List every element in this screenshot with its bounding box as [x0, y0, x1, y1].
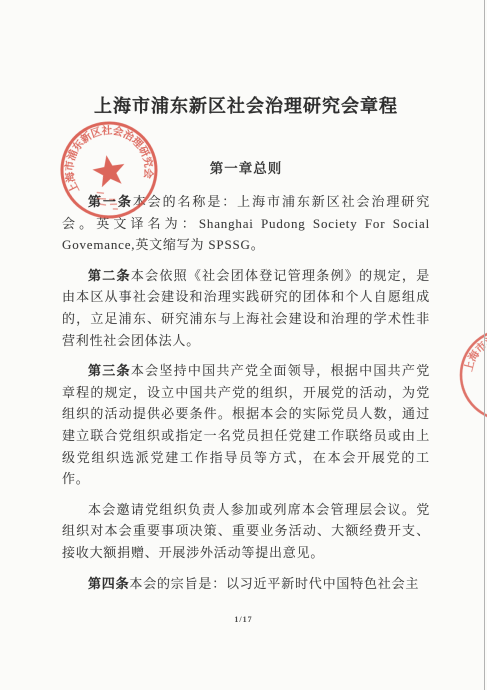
article-text: 本会的宗旨是：以习近平新时代中国特色社会主	[129, 576, 419, 591]
chapter-heading: 第一章总则	[62, 157, 430, 177]
article-text: 本会坚持中国共产党全面领导，根据中国共产党章程的规定，设立中国共产党的组织，开展…	[62, 363, 430, 486]
article-paragraph: 本会邀请党组织负责人参加或列席本会管理层会议。党组织对本会重要事项决策、重要业务…	[62, 499, 430, 564]
document-content: 上海市浦东新区社会治理研究会章程 第一章总则 第一条本会的名称是：上海市浦东新区…	[62, 0, 430, 594]
article-lead: 第一条	[88, 194, 133, 209]
article-paragraph: 第一条本会的名称是：上海市浦东新区社会治理研究会。英文译名为：Shanghai …	[62, 191, 430, 256]
article-lead: 第三条	[88, 363, 131, 378]
edge-seal-ring-text: 上海市浦东新区社会治理研究会	[447, 303, 487, 410]
article-lead: 第二条	[88, 268, 131, 283]
edge-seal-ring	[445, 314, 487, 436]
article-paragraph: 第四条本会的宗旨是：以习近平新时代中国特色社会主	[62, 573, 430, 595]
document-title: 上海市浦东新区社会治理研究会章程	[62, 92, 430, 118]
edge-seal: 上海市浦东新区社会治理研究会	[434, 303, 487, 446]
page-number: 1/17	[0, 615, 487, 624]
edge-seal-text-holder: 上海市浦东新区社会治理研究会	[447, 303, 487, 410]
article-paragraph: 第三条本会坚持中国共产党全面领导，根据中国共产党章程的规定，设立中国共产党的组织…	[62, 360, 430, 490]
page-edge-line	[484, 0, 485, 690]
article-paragraph: 第二条本会依照《社会团体登记管理条例》的规定，是由本区从事社会建设和治理实践研究…	[62, 265, 430, 351]
article-lead: 第四条	[88, 576, 129, 591]
document-page: 上海市浦东新区社会治理研究会章程 第一章总则 第一条本会的名称是：上海市浦东新区…	[0, 0, 487, 690]
article-text: 本会邀请党组织负责人参加或列席本会管理层会议。党组织对本会重要事项决策、重要业务…	[62, 502, 430, 560]
